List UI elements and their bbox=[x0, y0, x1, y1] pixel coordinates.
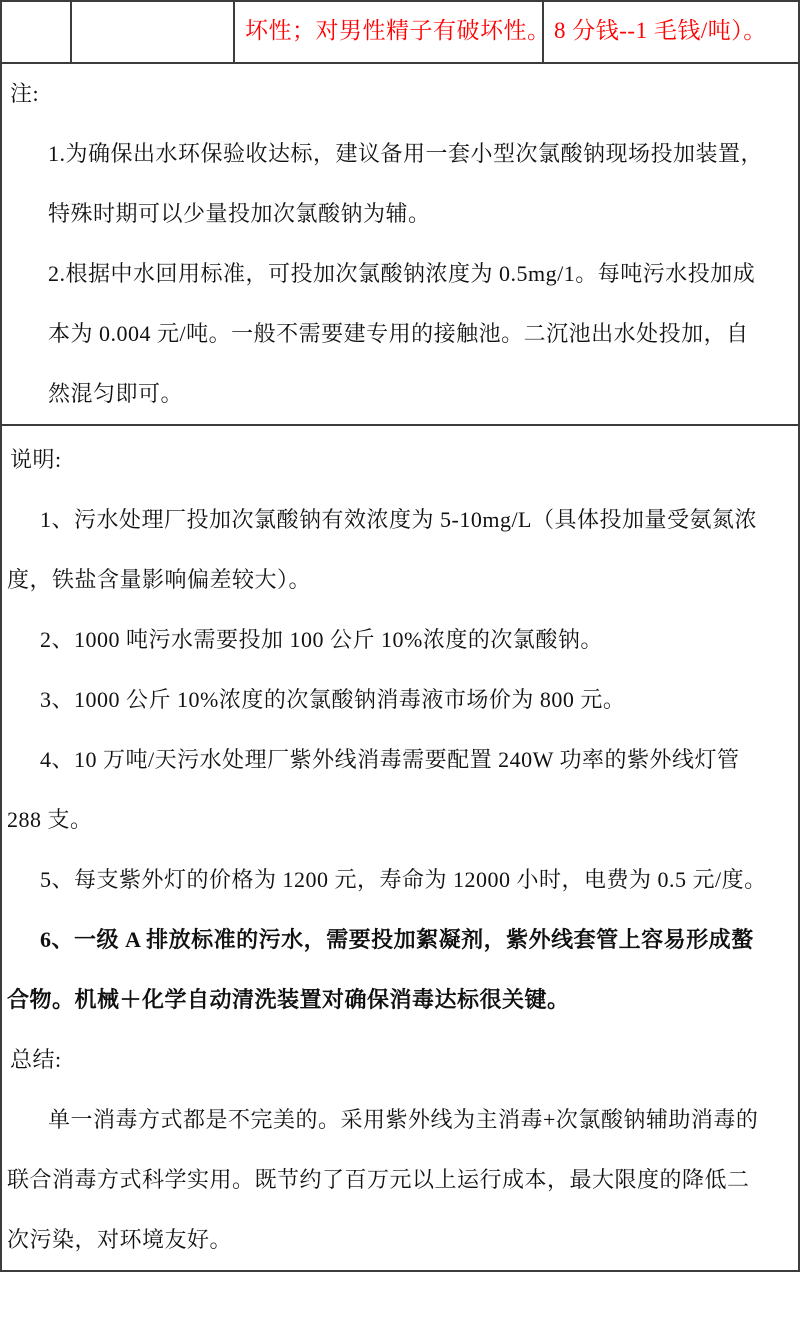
table-cell-empty-1 bbox=[2, 2, 72, 62]
explanation-heading: 说明: bbox=[2, 430, 798, 490]
explanation-line: 5、每支紫外灯的价格为 1200 元，寿命为 12000 小时，电费为 0.5 … bbox=[2, 850, 798, 910]
explanation-line: 度，铁盐含量影响偏差较大）。 bbox=[2, 550, 798, 610]
table-cell-cost-note: 8 分钱--1 毛钱/吨）。 bbox=[544, 2, 798, 62]
document-frame: 坏性；对男性精子有破坏性。 8 分钱--1 毛钱/吨）。 注: 1.为确保出水环… bbox=[0, 0, 800, 1272]
table-row: 坏性；对男性精子有破坏性。 8 分钱--1 毛钱/吨）。 bbox=[2, 2, 798, 64]
summary-line: 次污染，对环境友好。 bbox=[2, 1210, 798, 1270]
table-cell-harm-note: 坏性；对男性精子有破坏性。 bbox=[235, 2, 544, 62]
note-line: 2.根据中水回用标准，可投加次氯酸钠浓度为 0.5mg/1。每吨污水投加成 bbox=[2, 244, 798, 304]
note-line: 1.为确保出水环保验收达标，建议备用一套小型次氯酸钠现场投加装置， bbox=[2, 124, 798, 184]
summary-heading: 总结: bbox=[2, 1030, 798, 1090]
explanation-line: 2、1000 吨污水需要投加 100 公斤 10%浓度的次氯酸钠。 bbox=[2, 610, 798, 670]
explanation-line: 3、1000 公斤 10%浓度的次氯酸钠消毒液市场价为 800 元。 bbox=[2, 670, 798, 730]
note-heading: 注: bbox=[2, 64, 798, 124]
explanation-line: 1、污水处理厂投加次氯酸钠有效浓度为 5-10mg/L（具体投加量受氨氮浓 bbox=[2, 490, 798, 550]
explanation-section: 说明: 1、污水处理厂投加次氯酸钠有效浓度为 5-10mg/L（具体投加量受氨氮… bbox=[2, 426, 798, 1270]
note-line: 特殊时期可以少量投加次氯酸钠为辅。 bbox=[2, 184, 798, 244]
note-section: 注: 1.为确保出水环保验收达标，建议备用一套小型次氯酸钠现场投加装置， 特殊时… bbox=[2, 64, 798, 426]
summary-line: 联合消毒方式科学实用。既节约了百万元以上运行成本，最大限度的降低二 bbox=[2, 1150, 798, 1210]
explanation-line-bold: 合物。机械＋化学自动清洗装置对确保消毒达标很关键。 bbox=[2, 970, 798, 1030]
explanation-line: 4、10 万吨/天污水处理厂紫外线消毒需要配置 240W 功率的紫外线灯管 bbox=[2, 730, 798, 790]
document-page: 坏性；对男性精子有破坏性。 8 分钱--1 毛钱/吨）。 注: 1.为确保出水环… bbox=[0, 0, 800, 1323]
table-cell-empty-2 bbox=[72, 2, 235, 62]
note-line: 然混匀即可。 bbox=[2, 364, 798, 424]
explanation-line-bold: 6、一级 A 排放标准的污水，需要投加絮凝剂，紫外线套管上容易形成螯 bbox=[2, 910, 798, 970]
explanation-line: 288 支。 bbox=[2, 790, 798, 850]
summary-line: 单一消毒方式都是不完美的。采用紫外线为主消毒+次氯酸钠辅助消毒的 bbox=[2, 1090, 798, 1150]
note-line: 本为 0.004 元/吨。一般不需要建专用的接触池。二沉池出水处投加，自 bbox=[2, 304, 798, 364]
